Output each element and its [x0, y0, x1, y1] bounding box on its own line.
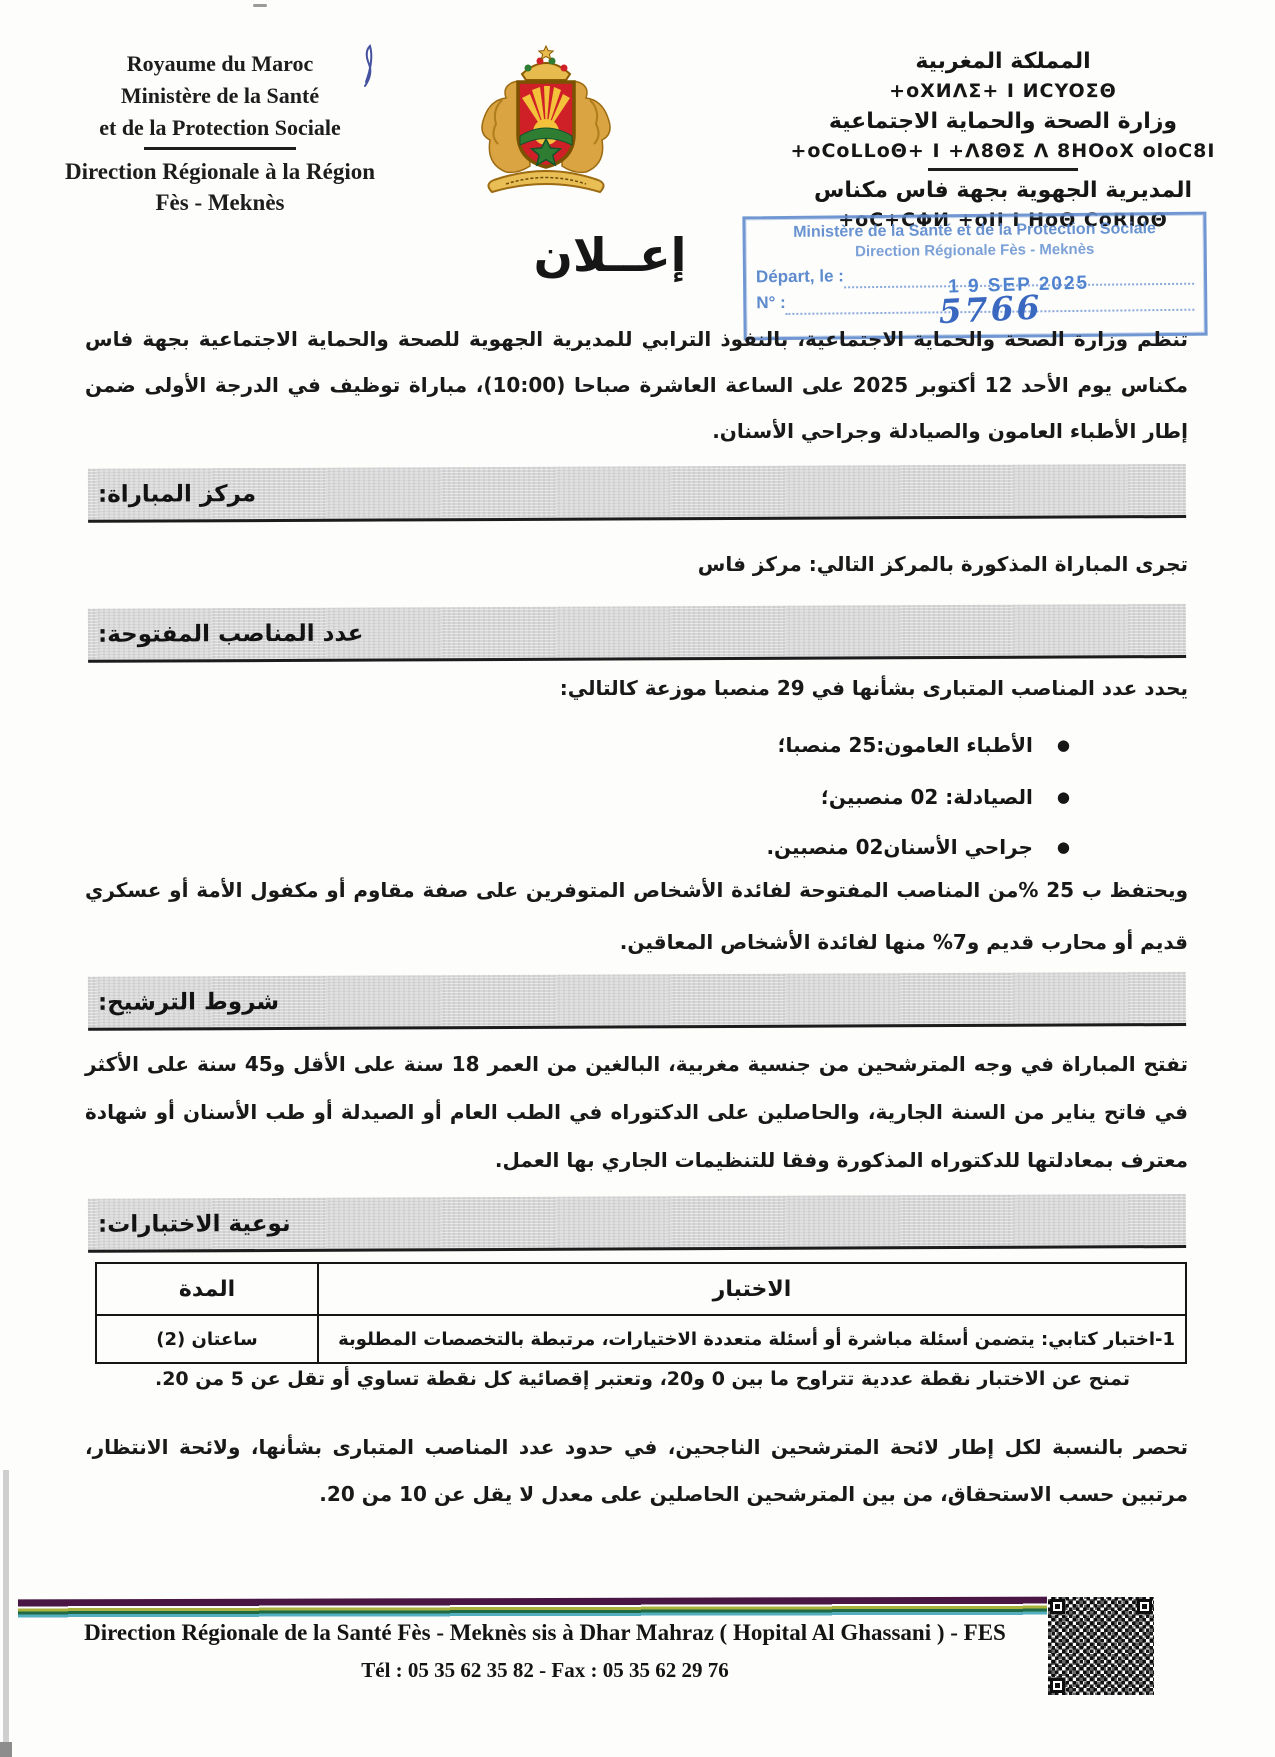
- section-heading-center: مركز المباراة:: [98, 481, 256, 508]
- duration-cell: ساعتان (2): [96, 1315, 318, 1363]
- ministry-line-2: et de la Protection Sociale: [40, 112, 400, 144]
- posts-intro: يحدد عدد المناصب المتبارى بشأنها في 29 م…: [560, 676, 1188, 700]
- qr-finder-icon: [1050, 1599, 1065, 1614]
- scan-artifact: [253, 4, 267, 7]
- document-page: Royaume du Maroc Ministère de la Santé e…: [0, 0, 1275, 1757]
- table-row: 1-اختبار كتابي: يتضمن أسئلة مباشرة أو أس…: [96, 1315, 1186, 1363]
- bullet-text: الأطباء العامون:25 منصبا؛: [778, 733, 1033, 757]
- page-title: إعــلان: [435, 228, 785, 282]
- qr-finder-icon: [1137, 1599, 1152, 1614]
- kingdom-line: Royaume du Maroc: [40, 48, 400, 80]
- section-heading-posts: عدد المناصب المفتوحة:: [98, 620, 364, 647]
- section-band-posts: عدد المناصب المفتوحة:: [88, 604, 1186, 663]
- direction-line-1: Direction Régionale à la Région: [40, 156, 400, 187]
- exam-column-header: الاختبار: [318, 1263, 1186, 1315]
- direction-line-2: Fès - Meknès: [40, 187, 400, 218]
- direction-line-ar: المديرية الجهوية بجهة فاس مكناس: [753, 175, 1253, 206]
- intro-paragraph: تنظم وزارة الصحة والحماية الاجتماعية، با…: [85, 316, 1188, 454]
- stamp-number-dots: 5766: [786, 293, 1195, 315]
- bullet-text: جراحي الأسنان02 منصبين.: [766, 835, 1032, 859]
- stamp-direction-line: Direction Régionale Fès - Meknès: [756, 239, 1194, 264]
- header-underline-ar: [928, 168, 1078, 171]
- table-header-row: الاختبار المدة: [96, 1263, 1186, 1315]
- exam-table: الاختبار المدة 1-اختبار كتابي: يتضمن أسئ…: [95, 1262, 1187, 1364]
- ministry-line-ar: وزارة الصحة والحماية الاجتماعية: [753, 106, 1253, 137]
- scan-edge-artifact: [3, 1470, 9, 1757]
- exam-cell: 1-اختبار كتابي: يتضمن أسئلة مباشرة أو أس…: [318, 1315, 1186, 1363]
- posts-quota-note: ويحتفظ ب 25 %من المناصب المفتوحة لفائدة …: [85, 864, 1188, 968]
- ministry-line-1: Ministère de la Santé: [40, 80, 400, 112]
- section-band-center: مركز المباراة:: [88, 464, 1186, 523]
- list-item: ● جراحي الأسنان02 منصبين.: [766, 835, 1070, 859]
- qr-code: [1048, 1597, 1154, 1695]
- bullet-icon: ●: [1057, 840, 1070, 855]
- section-band-exams: نوعية الاختبارات:: [88, 1194, 1186, 1253]
- stamp-depart-dots: 1 9 SEP 2025: [844, 273, 1194, 289]
- list-item: ● الصيادلة: 02 منصبين؛: [821, 785, 1070, 809]
- qr-finder-icon: [1050, 1678, 1065, 1693]
- results-note: تحصر بالنسبة لكل إطار لائحة المترشحين ال…: [85, 1424, 1188, 1518]
- footer-address: Direction Régionale de la Santé Fès - Me…: [20, 1620, 1070, 1646]
- bullet-icon: ●: [1057, 790, 1070, 805]
- list-item: ● الأطباء العامون:25 منصبا؛: [778, 733, 1070, 757]
- conditions-body: تفتح المباراة في وجه المترشحين من جنسية …: [85, 1040, 1188, 1184]
- ministry-line-tifinagh: +oCoLLoΘ+ I +Λ8ΘΣ Λ 8HOoX oloC8I: [753, 137, 1253, 166]
- header-underline: [144, 147, 296, 150]
- bullet-icon: ●: [1057, 738, 1070, 753]
- stamp-number-value: 5766: [938, 302, 1042, 317]
- stamp-number-label: N° :: [756, 293, 786, 315]
- scan-corner-artifact: [0, 1742, 12, 1757]
- kingdom-line-ar: المملكة المغربية: [753, 46, 1253, 77]
- header-french: Royaume du Maroc Ministère de la Santé e…: [40, 48, 400, 218]
- bullet-text: الصيادلة: 02 منصبين؛: [821, 785, 1033, 809]
- footer-stripes: [18, 1597, 1073, 1619]
- morocco-coat-of-arms-icon: [462, 40, 630, 208]
- section-heading-conditions: شروط الترشيح:: [98, 988, 279, 1015]
- footer-telephone: Tél : 05 35 62 35 82 - Fax : 05 35 62 29…: [20, 1658, 1070, 1683]
- grading-note: تمنح عن الاختبار نقطة عددية تتراوح ما بي…: [150, 1368, 1130, 1390]
- center-body: تجرى المباراة المذكورة بالمركز التالي: م…: [698, 552, 1188, 576]
- pen-mark: [358, 42, 380, 88]
- section-heading-exams: نوعية الاختبارات:: [98, 1210, 291, 1237]
- section-band-conditions: شروط الترشيح:: [88, 972, 1186, 1031]
- duration-column-header: المدة: [96, 1263, 318, 1315]
- header-arabic: المملكة المغربية +oXИΛΣ+ I ИCYOΣΘ وزارة …: [753, 46, 1253, 235]
- kingdom-line-tifinagh: +oXИΛΣ+ I ИCYOΣΘ: [753, 77, 1253, 106]
